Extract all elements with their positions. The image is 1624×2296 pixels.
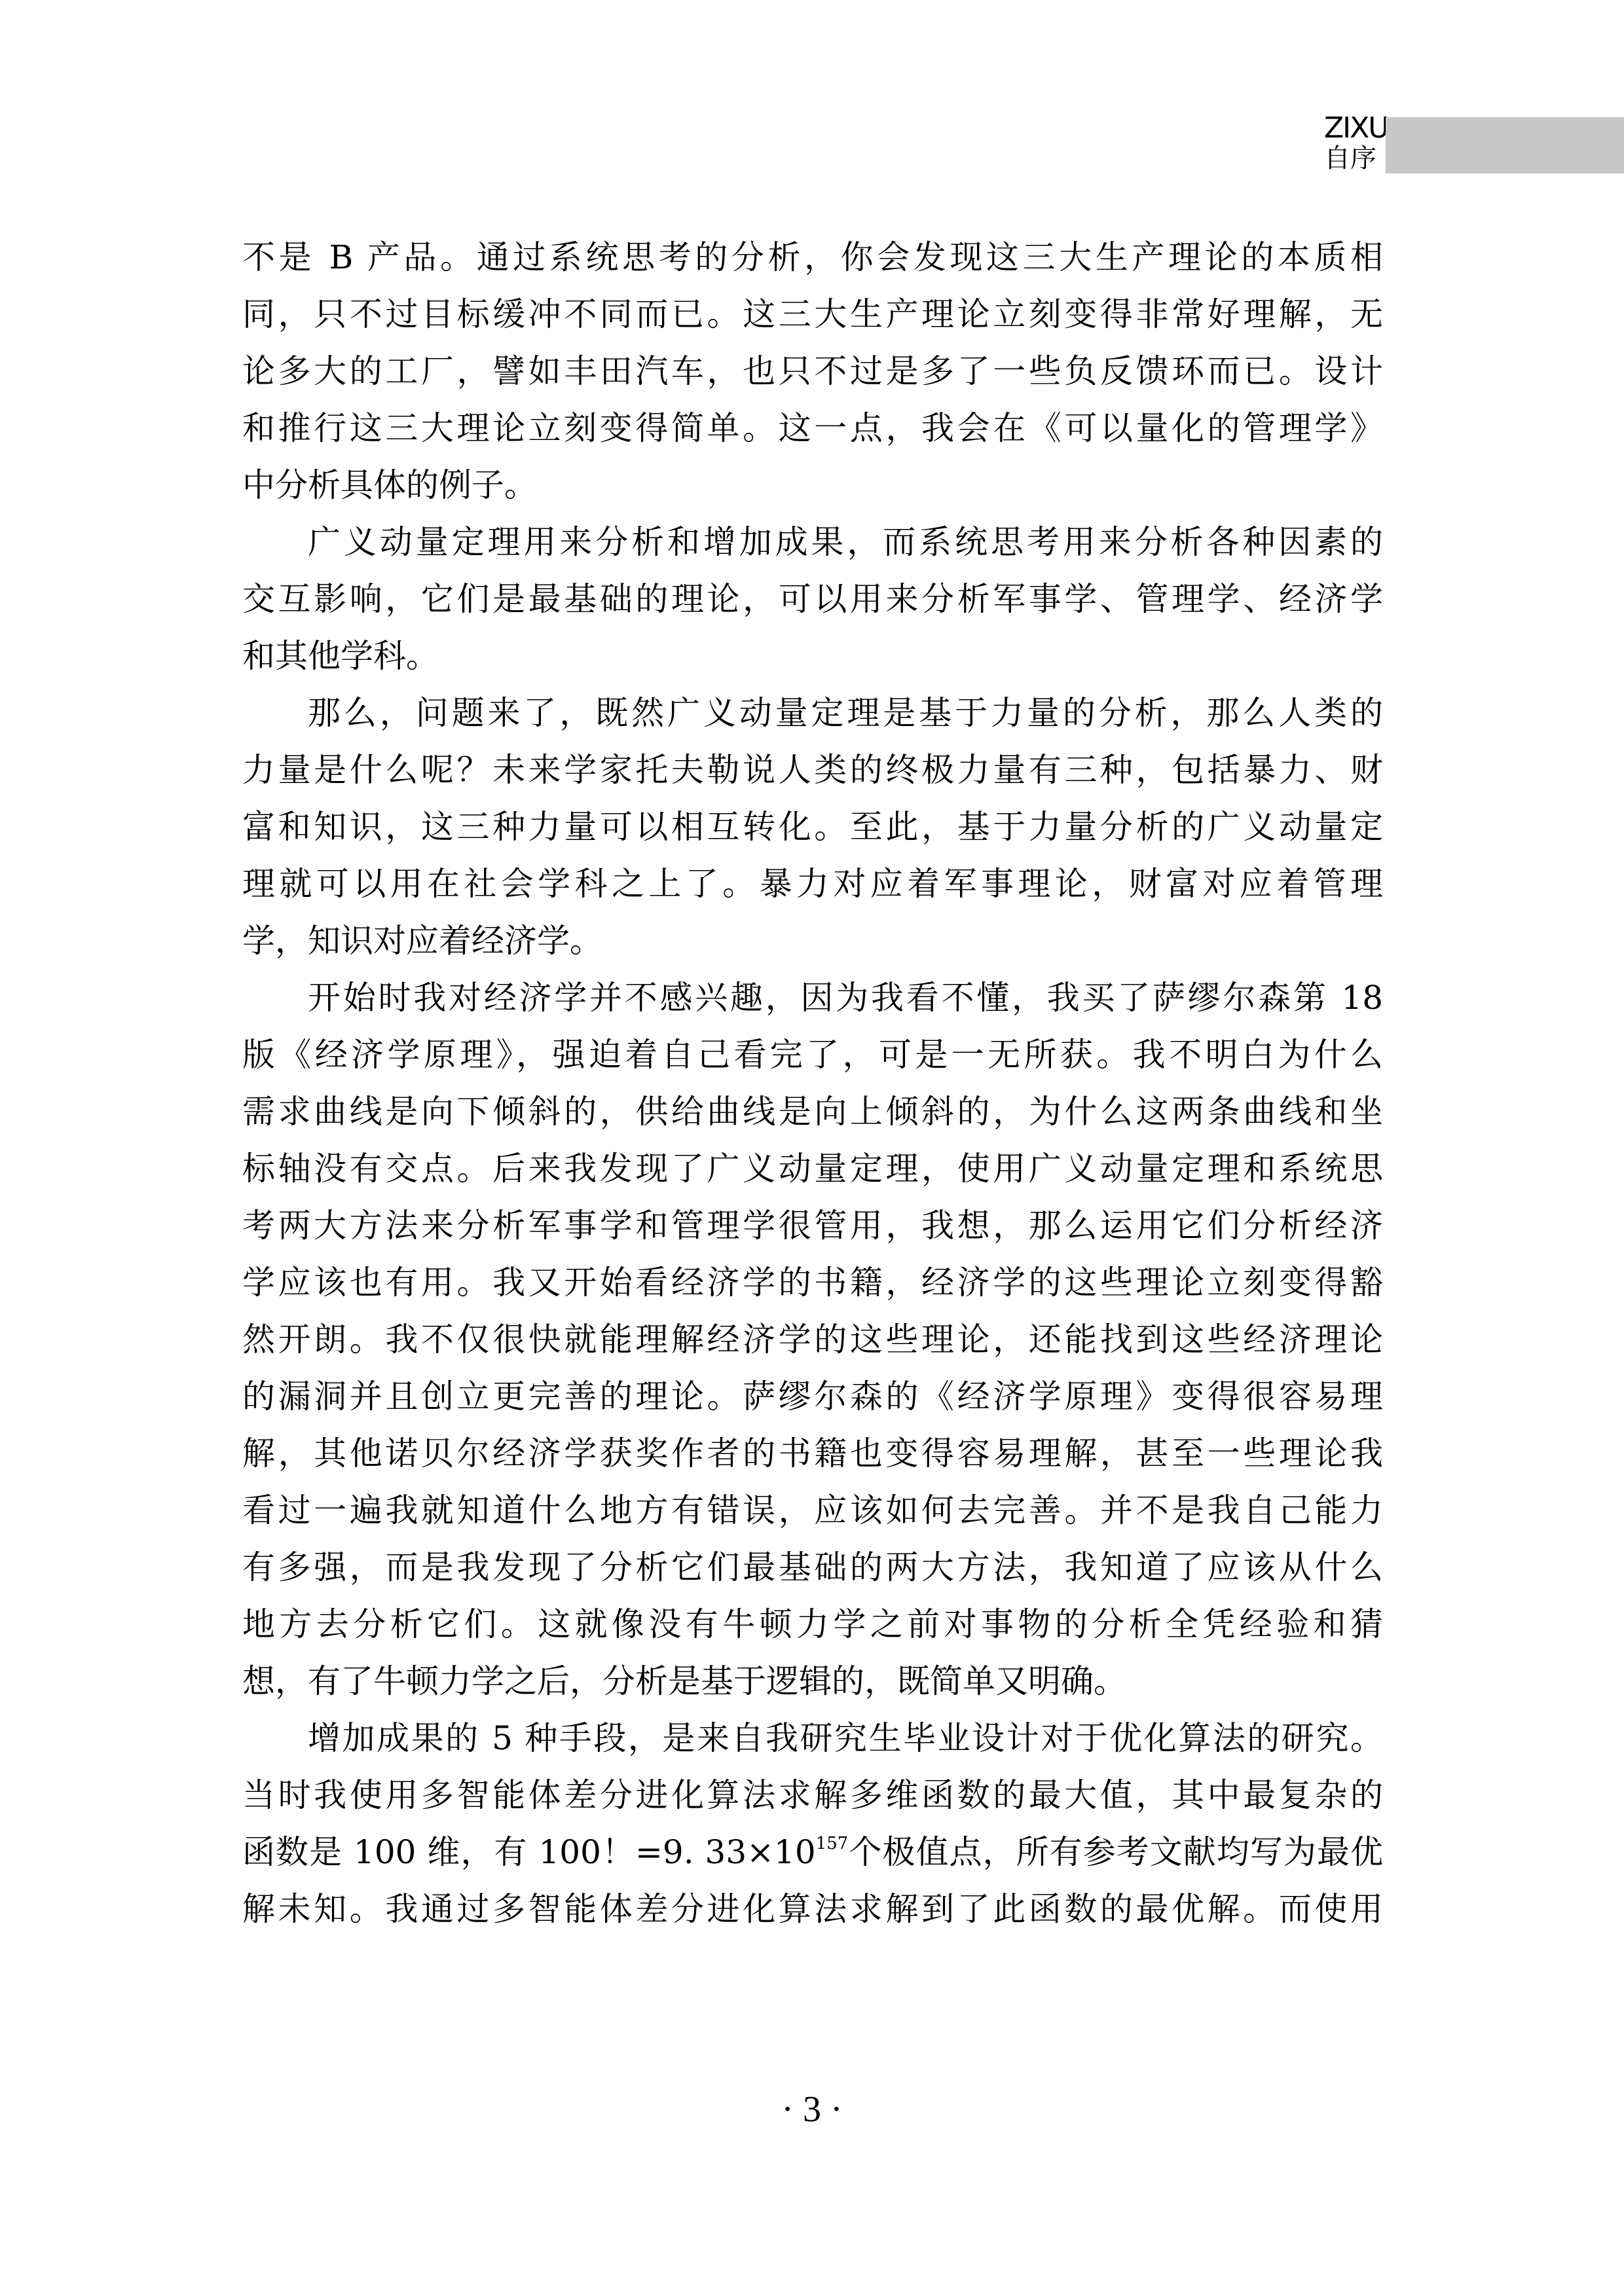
text-line: 需求曲线是向下倾斜的，供给曲线是向上倾斜的，为什么这两条曲线和坐 (242, 1084, 1383, 1140)
text-line: 理就可以用在社会学科之上了。暴力对应着军事理论，财富对应着管理 (242, 856, 1383, 913)
text-line: 学，知识对应着经济学。 (242, 913, 1383, 970)
text-line: 论多大的工厂，譬如丰田汽车，也只不过是多了一些负反馈环而已。设计 (242, 343, 1383, 400)
text-line: 和推行这三大理论立刻变得简单。这一点，我会在《可以量化的管理学》 (242, 400, 1383, 457)
text-line: 看过一遍我就知道什么地方有错误，应该如何去完善。并不是我自己能力 (242, 1482, 1383, 1539)
paragraph: 增加成果的 5 种手段，是来自我研究生毕业设计对于优化算法的研究。 当时我使用多… (242, 1710, 1383, 1938)
text-line: 同，只不过目标缓冲不同而已。这三大生产理论立刻变得非常好理解，无 (242, 286, 1383, 343)
formula-text-after: 个极值点，所有参考文献均写为最优 (848, 1833, 1383, 1871)
text-line: 解，其他诺贝尔经济学获奖作者的书籍也变得容易理解，甚至一些理论我 (242, 1425, 1383, 1482)
text-line: 广义动量定理用来分析和增加成果，而系统思考用来分析各种因素的 (242, 514, 1383, 571)
text-line: 学应该也有用。我又开始看经济学的书籍，经济学的这些理论立刻变得豁 (242, 1254, 1383, 1311)
section-pinyin: ZIXU (1324, 114, 1387, 144)
text-line: 当时我使用多智能体差分进化算法求解多维函数的最大值，其中最复杂的 (242, 1767, 1383, 1824)
text-line: 开始时我对经济学并不感兴趣，因为我看不懂，我买了萨缪尔森第 18 (242, 970, 1383, 1027)
page-number: · 3 · (0, 2090, 1624, 2129)
text-line: 地方去分析它们。这就像没有牛顿力学之前对事物的分析全凭经验和猜 (242, 1596, 1383, 1653)
text-line: 中分析具体的例子。 (242, 457, 1383, 514)
paragraph: 开始时我对经济学并不感兴趣，因为我看不懂，我买了萨缪尔森第 18 版《经济学原理… (242, 970, 1383, 1710)
body-text: 不是 B 产品。通过系统思考的分析，你会发现这三大生产理论的本质相 同，只不过目… (242, 229, 1383, 1938)
text-line: 增加成果的 5 种手段，是来自我研究生毕业设计对于优化算法的研究。 (242, 1710, 1383, 1767)
text-line: 有多强，而是我发现了分析它们最基础的两大方法，我知道了应该从什么 (242, 1539, 1383, 1596)
text-line: 想，有了牛顿力学之后，分析是基于逻辑的，既简单又明确。 (242, 1653, 1383, 1710)
text-line: 力量是什么呢？未来学家托夫勒说人类的终极力量有三种，包括暴力、财 (242, 742, 1383, 799)
text-line: 的漏洞并且创立更完善的理论。萨缪尔森的《经济学原理》变得很容易理 (242, 1368, 1383, 1425)
text-line: 解未知。我通过多智能体差分进化算法求解到了此函数的最优解。而使用 (242, 1881, 1383, 1938)
text-line: 和其他学科。 (242, 628, 1383, 685)
text-line: 不是 B 产品。通过系统思考的分析，你会发现这三大生产理论的本质相 (242, 229, 1383, 286)
formula-line: 函数是 100 维，有 100！=9. 33×10157个极值点，所有参考文献均… (242, 1824, 1383, 1881)
text-line: 标轴没有交点。后来我发现了广义动量定理，使用广义动量定理和系统思 (242, 1140, 1383, 1197)
paragraph: 广义动量定理用来分析和增加成果，而系统思考用来分析各种因素的 交互影响，它们是最… (242, 514, 1383, 685)
text-line: 那么，问题来了，既然广义动量定理是基于力量的分析，那么人类的 (242, 685, 1383, 742)
formula-exponent: 157 (816, 1834, 849, 1853)
text-line: 考两大方法来分析军事学和管理学很管用，我想，那么运用它们分析经济 (242, 1197, 1383, 1254)
paragraph: 不是 B 产品。通过系统思考的分析，你会发现这三大生产理论的本质相 同，只不过目… (242, 229, 1383, 514)
text-line: 交互影响，它们是最基础的理论，可以用来分析军事学、管理学、经济学 (242, 571, 1383, 628)
paragraph: 那么，问题来了，既然广义动量定理是基于力量的分析，那么人类的 力量是什么呢？未来… (242, 685, 1383, 970)
section-title: 自序 (1324, 144, 1387, 173)
running-header: ZIXU 自序 (1324, 114, 1387, 173)
formula-text-before: 函数是 100 维，有 100！=9. 33×10 (242, 1833, 816, 1871)
text-line: 版《经济学原理》，强迫着自己看完了，可是一无所获。我不明白为什么 (242, 1027, 1383, 1084)
text-line: 富和知识，这三种力量可以相互转化。至此，基于力量分析的广义动量定 (242, 799, 1383, 856)
header-tab-bar (1386, 117, 1624, 173)
text-line: 然开朗。我不仅很快就能理解经济学的这些理论，还能找到这些经济理论 (242, 1311, 1383, 1368)
